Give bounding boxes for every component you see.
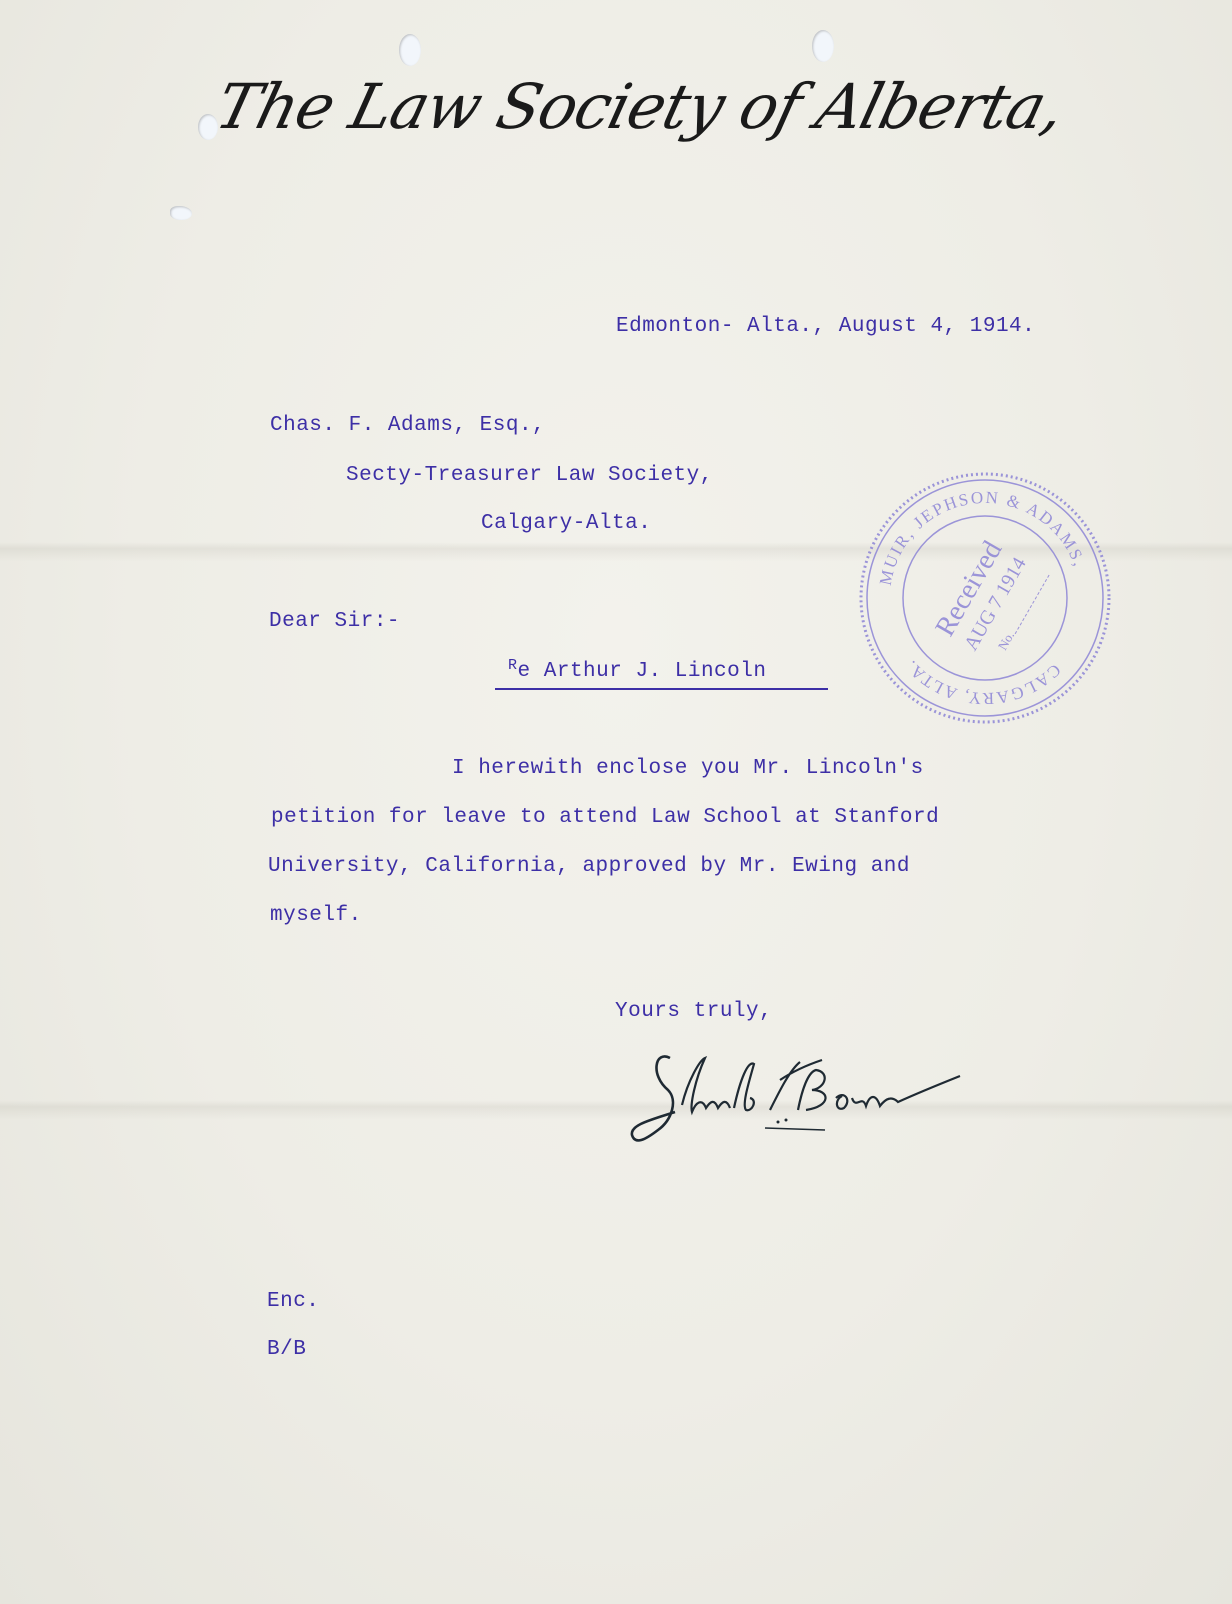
recipient-name: Chas. F. Adams, Esq., <box>270 414 545 437</box>
typist-initials: B/B <box>267 1338 306 1361</box>
subject-prefix-e: e <box>518 660 531 683</box>
subject-line: Re Arthur J. Lincoln <box>508 660 766 683</box>
recipient-title: Secty-Treasurer Law Society, <box>346 464 713 487</box>
torn-hole <box>170 206 192 220</box>
salutation: Dear Sir:- <box>269 610 400 633</box>
subject-underline <box>495 688 828 690</box>
punch-hole-right <box>812 30 834 62</box>
letterhead-title: The Law Society of Alberta, <box>209 70 1027 143</box>
enclosure-note: Enc. <box>267 1290 319 1313</box>
subject-name: Arthur J. Lincoln <box>544 660 767 683</box>
subject-prefix-r: R <box>508 657 518 674</box>
stamp-number-label: No. <box>995 629 1018 653</box>
closing: Yours truly, <box>615 1000 772 1023</box>
dateline: Edmonton- Alta., August 4, 1914. <box>616 315 1035 338</box>
recipient-city: Calgary-Alta. <box>481 512 651 535</box>
body-line-3: University, California, approved by Mr. … <box>268 855 910 878</box>
letter-page: The Law Society of Alberta, Edmonton- Al… <box>0 0 1232 1604</box>
received-stamp: MUIR, JEPHSON & ADAMS, CALGARY, ALTA. Re… <box>857 470 1113 726</box>
body-line-1: I herewith enclose you Mr. Lincoln's <box>452 757 924 780</box>
body-line-4: myself. <box>270 904 362 927</box>
body-line-2: petition for leave to attend Law School … <box>271 806 939 829</box>
handwritten-signature <box>630 1050 990 1150</box>
punch-hole-left <box>399 34 421 66</box>
